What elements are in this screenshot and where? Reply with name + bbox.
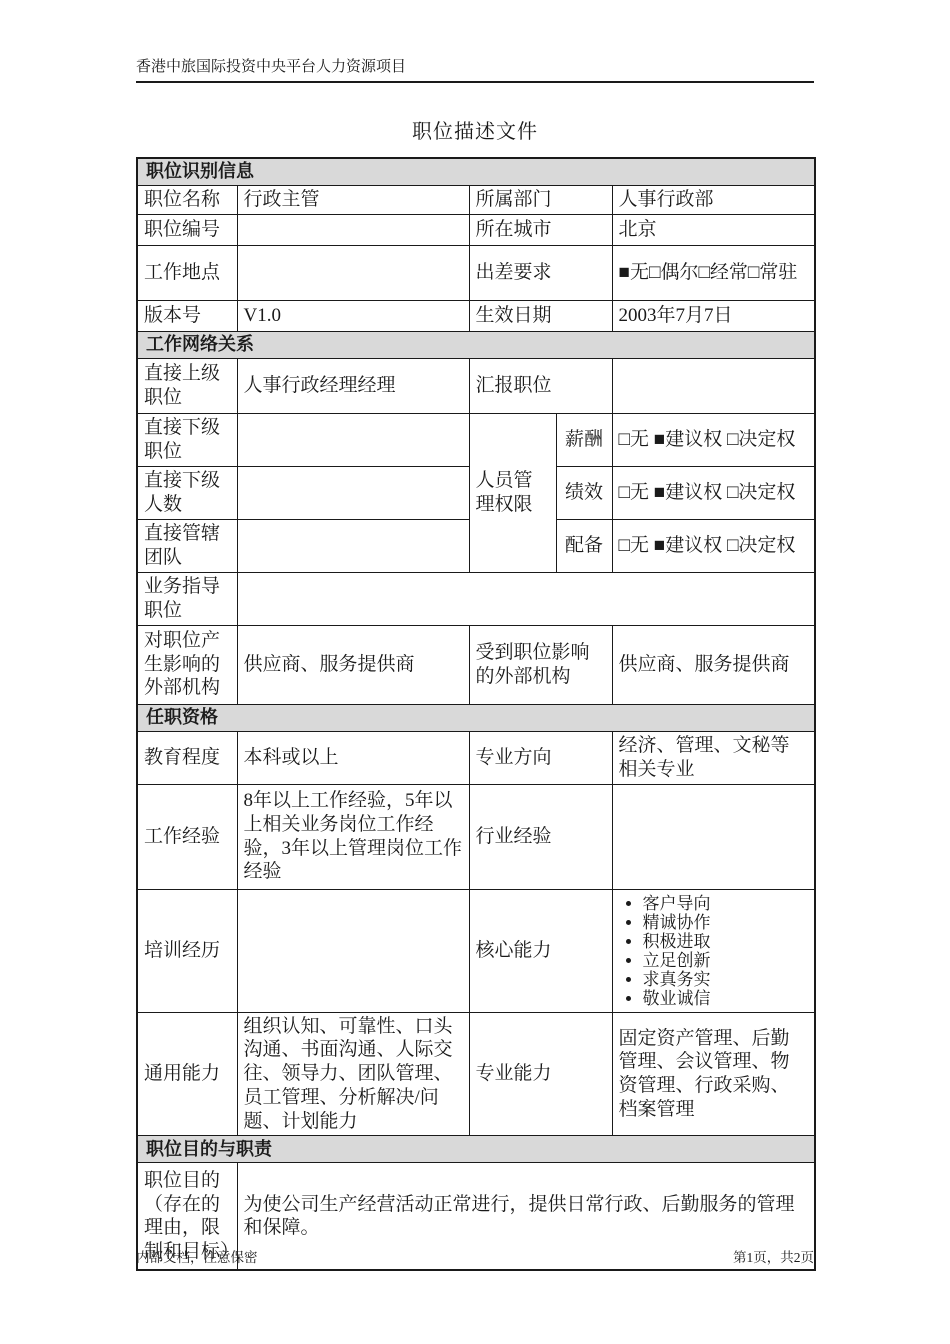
performance-label: 绩效 [556,466,612,519]
staffing-rights-value: □无 ■建议权 □决定权 [612,519,815,572]
section-header-purpose: 职位目的与职责 [137,1136,815,1163]
footer-page-number: 第1页，共2页 [733,1246,814,1266]
general-ability-value: 组织认知、可靠性、口头沟通、书面沟通、人际交往、领导力、团队管理、员工管理、分析… [237,1012,469,1136]
row-work-location: 工作地点 出差要求 ■无□偶尔□经常□常驻 [137,245,815,300]
job-code-value [237,214,469,245]
core-competency-cell: 客户导向 精诚协作 积极进取 立足创新 求真务实 敬业诚信 [612,889,815,1012]
general-ability-label: 通用能力 [137,1012,237,1136]
section-row-purpose: 职位目的与职责 [137,1136,815,1163]
job-name-label: 职位名称 [137,185,237,214]
salary-label: 薪酬 [556,413,612,466]
effective-date-value: 2003年7月7日 [612,300,815,331]
external-influencing-label: 对职位产生影响的外部机构 [137,625,237,704]
job-name-value: 行政主管 [237,185,469,214]
footer-confidential-note: 内部文档，注意保密 [136,1246,258,1266]
row-work-experience: 工作经验 8年以上工作经验，5年以上相关业务岗位工作经验，3年以上管理岗位工作经… [137,784,815,889]
row-education: 教育程度 本科或以上 专业方向 经济、管理、文秘等相关专业 [137,731,815,784]
section-header-qualifications: 任职资格 [137,704,815,731]
travel-value: ■无□偶尔□经常□常驻 [612,245,815,300]
external-influencing-value: 供应商、服务提供商 [237,625,469,704]
row-version: 版本号 V1.0 生效日期 2003年7月7日 [137,300,815,331]
core-competency-item: 求真务实 [643,970,809,989]
row-general-ability: 通用能力 组织认知、可靠性、口头沟通、书面沟通、人际交往、领导力、团队管理、员工… [137,1012,815,1136]
row-subordinate-pos: 直接下级职位 人员管理权限 薪酬 □无 ■建议权 □决定权 [137,413,815,466]
performance-rights-value: □无 ■建议权 □决定权 [612,466,815,519]
subordinate-count-value [237,466,469,519]
education-label: 教育程度 [137,731,237,784]
work-location-value [237,245,469,300]
section-row-qualifications: 任职资格 [137,704,815,731]
superior-label: 直接上级职位 [137,358,237,413]
row-training: 培训经历 核心能力 客户导向 精诚协作 积极进取 立足创新 求真务实 敬业诚信 [137,889,815,1012]
work-exp-label: 工作经验 [137,784,237,889]
row-job-code: 职位编号 所在城市 北京 [137,214,815,245]
section-header-identity: 职位识别信息 [137,158,815,186]
professional-ability-value: 固定资产管理、后勤管理、会议管理、物资管理、行政采购、档案管理 [612,1012,815,1136]
subordinate-count-label: 直接下级人数 [137,466,237,519]
industry-exp-value [612,784,815,889]
department-label: 所属部门 [469,185,612,214]
subordinate-pos-value [237,413,469,466]
core-competency-item: 敬业诚信 [643,989,809,1008]
education-value: 本科或以上 [237,731,469,784]
guidance-label: 业务指导职位 [137,572,237,625]
external-influenced-label: 受到职位影响的外部机构 [469,625,612,704]
job-description-table: 职位识别信息 职位名称 行政主管 所属部门 人事行政部 职位编号 所在城市 北京… [136,157,816,1272]
superior-value: 人事行政经理经理 [237,358,469,413]
major-label: 专业方向 [469,731,612,784]
travel-label: 出差要求 [469,245,612,300]
document-page: 香港中旅国际投资中央平台人力资源项目 职位描述文件 职位识别信息 职位名称 行政… [0,0,950,1344]
core-competency-item: 立足创新 [643,951,809,970]
section-row-network: 工作网络关系 [137,331,815,358]
guidance-value [237,572,815,625]
row-superior: 直接上级职位 人事行政经理经理 汇报职位 [137,358,815,413]
major-value: 经济、管理、文秘等相关专业 [612,731,815,784]
core-comp-label: 核心能力 [469,889,612,1012]
training-value [237,889,469,1012]
core-competency-item: 积极进取 [643,932,809,951]
core-competency-list: 客户导向 精诚协作 积极进取 立足创新 求真务实 敬业诚信 [619,894,809,1008]
subordinate-pos-label: 直接下级职位 [137,413,237,466]
job-code-label: 职位编号 [137,214,237,245]
report-to-value [612,358,815,413]
report-to-label: 汇报职位 [469,358,612,413]
core-competency-item: 客户导向 [643,894,809,913]
document-footer: 内部文档，注意保密 第1页，共2页 [136,1246,814,1266]
city-value: 北京 [612,214,815,245]
effective-date-label: 生效日期 [469,300,612,331]
work-exp-value: 8年以上工作经验，5年以上相关业务岗位工作经验，3年以上管理岗位工作经验 [237,784,469,889]
document-header: 香港中旅国际投资中央平台人力资源项目 [136,58,814,83]
training-label: 培训经历 [137,889,237,1012]
document-content: 香港中旅国际投资中央平台人力资源项目 职位描述文件 职位识别信息 职位名称 行政… [136,58,814,1271]
city-label: 所在城市 [469,214,612,245]
staffing-label: 配备 [556,519,612,572]
team-label: 直接管辖团队 [137,519,237,572]
professional-ability-label: 专业能力 [469,1012,612,1136]
salary-rights-value: □无 ■建议权 □决定权 [612,413,815,466]
version-label: 版本号 [137,300,237,331]
external-influenced-value: 供应商、服务提供商 [612,625,815,704]
header-project-title: 香港中旅国际投资中央平台人力资源项目 [136,59,406,75]
team-value [237,519,469,572]
section-header-network: 工作网络关系 [137,331,815,358]
row-guidance: 业务指导职位 [137,572,815,625]
mgmt-authority-label: 人员管理权限 [469,413,556,572]
version-value: V1.0 [237,300,469,331]
page-title: 职位描述文件 [136,115,814,144]
section-row-identity: 职位识别信息 [137,158,815,186]
row-job-name: 职位名称 行政主管 所属部门 人事行政部 [137,185,815,214]
work-location-label: 工作地点 [137,245,237,300]
row-external-orgs: 对职位产生影响的外部机构 供应商、服务提供商 受到职位影响的外部机构 供应商、服… [137,625,815,704]
core-competency-item: 精诚协作 [643,913,809,932]
industry-exp-label: 行业经验 [469,784,612,889]
department-value: 人事行政部 [612,185,815,214]
